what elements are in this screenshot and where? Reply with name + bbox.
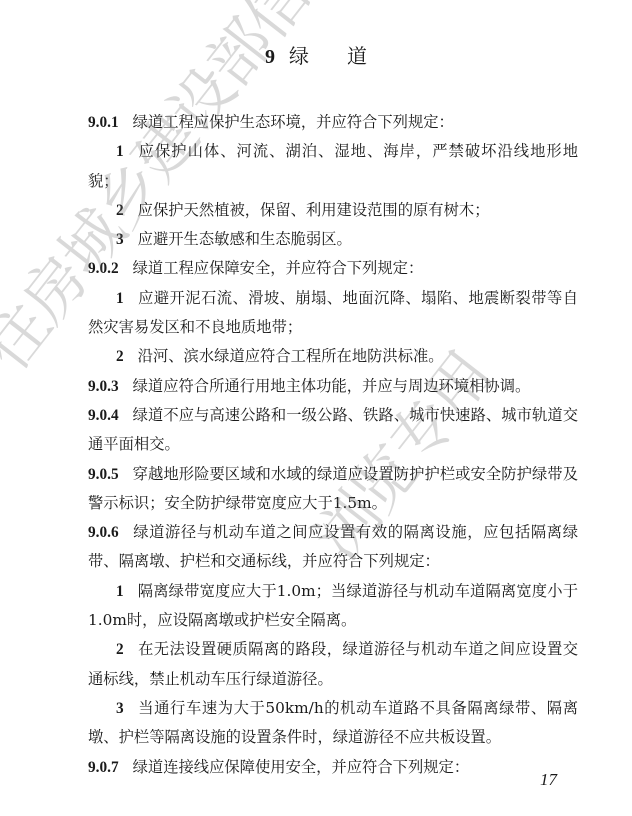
clause-text: 绿道不应与高速公路和一级公路、铁路、城市快速路、城市轨道交通平面相交。 xyxy=(88,406,578,453)
clause-text: 穿越地形险要区域和水域的绿道应设置防护护栏或安全防护绿带及警示标识；安全防护绿带… xyxy=(88,465,578,512)
clause-item: 1隔离绿带宽度应大于1.0m；当绿道游径与机动车道隔离宽度小于1.0m时，应设隔… xyxy=(88,577,578,636)
clause-text: 绿道工程应保护生态环境，并应符合下列规定： xyxy=(133,113,454,131)
item-text: 当通行车速为大于50km/h的机动车道路不具备隔离绿带、隔离墩、护栏等隔离设施的… xyxy=(88,699,578,746)
clause-9-0-5: 9.0.5穿越地形险要区域和水域的绿道应设置防护护栏或安全防护绿带及警示标识；安… xyxy=(88,460,578,519)
document-body: 9.0.1绿道工程应保护生态环境，并应符合下列规定： 1应保护山体、河流、湖泊、… xyxy=(88,108,578,782)
clause-item: 2在无法设置硬质隔离的路段，绿道游径与机动车道之间应设置交通标线，禁止机动车压行… xyxy=(88,635,578,694)
clause-text: 绿道连接线应保障使用安全，并应符合下列规定： xyxy=(133,758,470,776)
item-text: 应避开生态敏感和生态脆弱区。 xyxy=(138,230,352,248)
item-text: 沿河、滨水绿道应符合工程所在地防洪标准。 xyxy=(138,347,444,365)
clause-text: 绿道游径与机动车道之间应设置有效的隔离设施，应包括隔离绿带、隔离墩、护栏和交通标… xyxy=(88,523,578,570)
clause-item: 1应保护山体、河流、湖泊、湿地、海岸，严禁破坏沿线地形地貌； xyxy=(88,137,578,196)
item-number: 1 xyxy=(116,143,124,160)
clause-text: 绿道应符合所通行用地主体功能，并应与周边环境相协调。 xyxy=(133,377,531,395)
item-number: 3 xyxy=(116,700,124,717)
clause-item: 3当通行车速为大于50km/h的机动车道路不具备隔离绿带、隔离墩、护栏等隔离设施… xyxy=(88,694,578,753)
clause-number: 9.0.2 xyxy=(88,260,119,277)
chapter-title-char-1: 绿 xyxy=(289,44,309,68)
clause-text: 绿道工程应保障安全，并应符合下列规定： xyxy=(133,259,424,277)
item-number: 1 xyxy=(116,290,124,307)
page-number: 17 xyxy=(540,770,557,790)
clause-number: 9.0.7 xyxy=(88,759,119,776)
clause-9-0-3: 9.0.3绿道应符合所通行用地主体功能，并应与周边环境相协调。 xyxy=(88,372,578,401)
item-text: 应保护天然植被，保留、利用建设范围的原有树木； xyxy=(138,201,490,219)
clause-item: 1应避开泥石流、滑坡、崩塌、地面沉降、塌陷、地震断裂带等自然灾害易发区和不良地质… xyxy=(88,284,578,343)
clause-9-0-1: 9.0.1绿道工程应保护生态环境，并应符合下列规定： xyxy=(88,108,578,137)
item-number: 2 xyxy=(116,641,124,658)
clause-number: 9.0.3 xyxy=(88,378,119,395)
item-number: 2 xyxy=(116,348,124,365)
clause-item: 3应避开生态敏感和生态脆弱区。 xyxy=(88,225,578,254)
chapter-number: 9 xyxy=(265,46,275,68)
clause-9-0-4: 9.0.4绿道不应与高速公路和一级公路、铁路、城市快速路、城市轨道交通平面相交。 xyxy=(88,401,578,460)
chapter-title-char-2: 道 xyxy=(347,44,367,68)
item-text: 隔离绿带宽度应大于1.0m；当绿道游径与机动车道隔离宽度小于1.0m时，应设隔离… xyxy=(88,582,578,629)
item-text: 在无法设置硬质隔离的路段，绿道游径与机动车道之间应设置交通标线，禁止机动车压行绿… xyxy=(88,640,578,687)
clause-item: 2沿河、滨水绿道应符合工程所在地防洪标准。 xyxy=(88,342,578,371)
clause-9-0-6: 9.0.6绿道游径与机动车道之间应设置有效的隔离设施，应包括隔离绿带、隔离墩、护… xyxy=(88,518,578,577)
item-number: 1 xyxy=(116,583,124,600)
item-number: 2 xyxy=(116,202,124,219)
clause-number: 9.0.4 xyxy=(88,407,119,424)
clause-number: 9.0.6 xyxy=(88,524,119,541)
clause-item: 2应保护天然植被，保留、利用建设范围的原有树木； xyxy=(88,196,578,225)
clause-number: 9.0.5 xyxy=(88,466,119,483)
clause-9-0-7: 9.0.7绿道连接线应保障使用安全，并应符合下列规定： xyxy=(88,753,578,782)
item-text: 应保护山体、河流、湖泊、湿地、海岸，严禁破坏沿线地形地貌； xyxy=(88,142,578,189)
chapter-title: 9绿道 xyxy=(0,40,632,69)
item-text: 应避开泥石流、滑坡、崩塌、地面沉降、塌陷、地震断裂带等自然灾害易发区和不良地质地… xyxy=(88,289,578,336)
item-number: 3 xyxy=(116,231,124,248)
clause-number: 9.0.1 xyxy=(88,114,119,131)
clause-9-0-2: 9.0.2绿道工程应保障安全，并应符合下列规定： xyxy=(88,254,578,283)
